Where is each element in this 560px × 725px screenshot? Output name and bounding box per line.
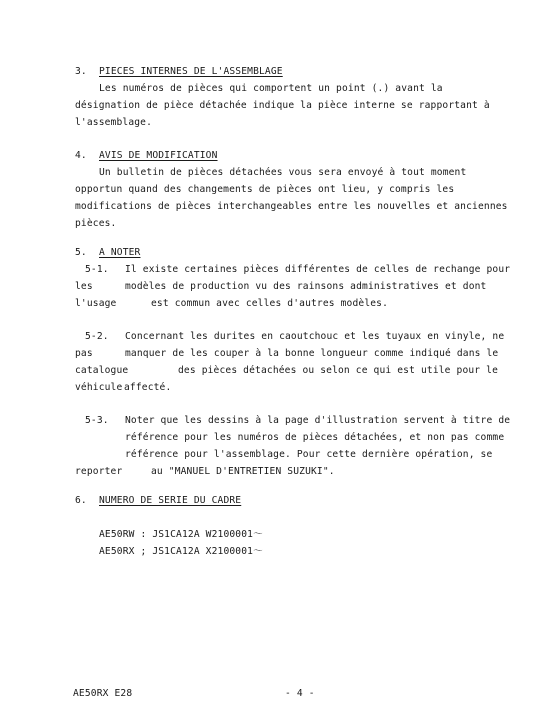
note-5-1-lead: l'usage (75, 298, 116, 310)
section-4-line: Un bulletin de pièces détachées vous ser… (99, 167, 466, 179)
note-5-3-lead: reporter (75, 466, 122, 478)
section-4-line: opportun quand des changements de pièces… (75, 184, 454, 196)
note-5-2-lead: catalogue (75, 365, 128, 377)
note-5-1-number: 5-1. (85, 264, 109, 276)
section-6-number: 6. (75, 495, 87, 507)
section-6-title: NUMERO DE SERIE DU CADRE (99, 495, 241, 507)
note-5-3-line: référence pour les numéros de pièces dét… (125, 432, 504, 444)
section-4-number: 4. (75, 150, 87, 162)
note-5-2-number: 5-2. (85, 331, 109, 343)
section-3-line: Les numéros de pièces qui comportent un … (99, 83, 443, 95)
note-5-3-line: référence pour l'assemblage. Pour cette … (125, 449, 492, 461)
serial-number-line: AE50RW : JS1CA12A W2100001～ (99, 529, 263, 541)
document-page: 3. PIECES INTERNES DE L'ASSEMBLAGE Les n… (0, 0, 560, 725)
note-5-2-lead: véhicule (75, 382, 122, 394)
note-5-1-lead: les (75, 281, 93, 293)
footer-page-number: - 4 - (285, 688, 315, 700)
section-4-title: AVIS DE MODIFICATION (99, 150, 218, 162)
note-5-1-line: modèles de production vu des rainsons ad… (125, 281, 486, 293)
note-5-2-line: affecté. (124, 382, 171, 394)
note-5-1-line: est commun avec celles d'autres modèles. (151, 298, 388, 310)
footer-model-code: AE50RX E28 (73, 688, 132, 700)
section-3-number: 3. (75, 66, 87, 78)
section-5-number: 5. (75, 247, 87, 259)
serial-number-line: AE50RX ; JS1CA12A X2100001～ (99, 546, 263, 558)
note-5-2-line: des pièces détachées ou selon ce qui est… (178, 365, 498, 377)
note-5-2-line: manquer de les couper à la bonne longueu… (125, 348, 498, 360)
section-3-title: PIECES INTERNES DE L'ASSEMBLAGE (99, 66, 283, 78)
note-5-3-line: au "MANUEL D'ENTRETIEN SUZUKI". (151, 466, 335, 478)
section-3-line: l'assemblage. (75, 117, 152, 129)
note-5-2-line: Concernant les durites en caoutchouc et … (125, 331, 504, 343)
note-5-1-line: Il existe certaines pièces différentes d… (125, 264, 510, 276)
section-4-line: pièces. (75, 218, 116, 230)
note-5-2-lead: pas (75, 348, 93, 360)
note-5-3-line: Noter que les dessins à la page d'illust… (125, 415, 510, 427)
section-3-line: désignation de pièce détachée indique la… (75, 100, 490, 112)
section-5-title: A NOTER (99, 247, 140, 259)
section-4-line: modifications de pièces interchangeables… (75, 201, 508, 213)
note-5-3-number: 5-3. (85, 415, 109, 427)
